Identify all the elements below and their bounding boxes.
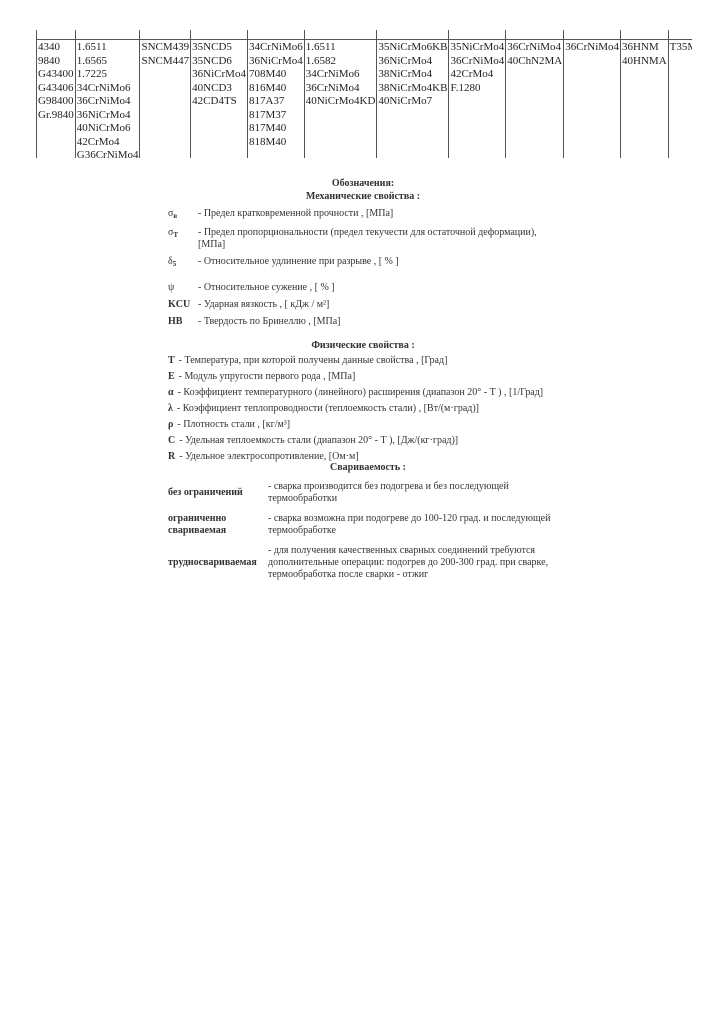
physical-item: λ- Коэффициент теплопроводности (теплоем…: [168, 403, 558, 415]
weldability-row: трудносвариваемая- для получения качеств…: [168, 545, 568, 581]
physical-item: α- Коэффициент температурного (линейного…: [168, 387, 558, 399]
symbol: HB: [168, 316, 198, 328]
grade-value: 36NiCrMo4: [77, 109, 139, 123]
weldability-label: без ограничений: [168, 487, 268, 499]
physical-item: T- Температура, при которой получены дан…: [168, 355, 558, 367]
column-header: [37, 30, 76, 40]
weldability-description: - для получения качественных сварных сое…: [268, 545, 568, 581]
column-header: [191, 30, 248, 40]
description: - Относительное сужение , [ % ]: [198, 282, 558, 294]
description: - Модуль упругости первого рода , [МПа]: [179, 371, 558, 383]
grade-value: 36CrNiMo4: [507, 41, 562, 55]
grade-value: 40HNMA: [622, 55, 667, 69]
mechanical-item: KCU- Ударная вязкость , [ кДж / м²]: [168, 299, 558, 311]
grade-value: 708M40: [249, 68, 303, 82]
grade-value: 36NiCrMo4: [192, 68, 246, 82]
mechanical-item: HB- Твердость по Бринеллю , [МПа]: [168, 316, 558, 328]
grade-value: 1.7225: [77, 68, 139, 82]
description: - Коэффициент температурного (линейного)…: [178, 387, 558, 399]
grade-value: 818M40: [249, 136, 303, 150]
grade-value: F.1280: [450, 82, 504, 96]
grade-value: 817M40: [249, 122, 303, 136]
grade-value: 1.6511: [77, 41, 139, 55]
table-cell: 43409840G43400G43406G98400Gr.9840: [37, 40, 76, 159]
physical-item: C- Удельная теплоемкость стали (диапазон…: [168, 435, 558, 447]
symbol: KCU: [168, 299, 198, 311]
grade-value: 34CrNiMo6: [77, 82, 139, 96]
grade-value: 34CrNiMo6: [306, 68, 376, 82]
column-header: [449, 30, 506, 40]
table-row: 43409840G43400G43406G98400Gr.98401.65111…: [37, 40, 693, 159]
grade-value: 1.6565: [77, 55, 139, 69]
grade-value: 38NiCrMo4: [378, 68, 447, 82]
mechanical-item: δ5- Относительное удлинение при разрыве …: [168, 256, 558, 270]
grade-value: 9840: [38, 55, 74, 69]
grade-value: 36CrNiMo4: [450, 55, 504, 69]
grade-value: 36CrNiMo4: [565, 41, 619, 55]
grade-value: G36CrNiMo4: [77, 149, 139, 158]
grade-value: 40NCD3: [192, 82, 246, 96]
physical-properties-list: T- Температура, при которой получены дан…: [168, 355, 558, 463]
symbol: ψ: [168, 282, 198, 294]
symbol: α: [168, 387, 174, 399]
grade-value: SNCM439: [141, 41, 189, 55]
symbol: σT: [168, 227, 198, 241]
mechanical-item: σв- Предел кратковременной прочности , […: [168, 208, 558, 222]
table-cell: 34CrNiMo636NiCrMo4708M40816M40817A37817M…: [247, 40, 304, 159]
legend-section: Обозначения: Механические свойства : σв-…: [168, 178, 558, 467]
symbol: δ5: [168, 256, 198, 270]
column-header: [668, 30, 692, 40]
description: - Твердость по Бринеллю , [МПа]: [198, 316, 558, 328]
grade-value: 40NiCrMo4KD: [306, 95, 376, 109]
grade-value: 35NiCrMo4: [450, 41, 504, 55]
weldability-description: - сварка производится без подогрева и бе…: [268, 481, 568, 505]
description: - Плотность стали , [кг/м³]: [177, 419, 558, 431]
table-cell: SNCM439SNCM447: [140, 40, 191, 159]
grade-value: 36HNM: [622, 41, 667, 55]
weldability-label: трудносвариваемая: [168, 557, 268, 569]
symbol: ρ: [168, 419, 173, 431]
table-cell: T35MoCrNi08: [668, 40, 692, 159]
grade-value: 36CrNiMo4: [306, 82, 376, 96]
description: - Предел кратковременной прочности , [МП…: [198, 208, 558, 220]
description: - Температура, при которой получены данн…: [179, 355, 558, 367]
grade-value: 1.6511: [306, 41, 376, 55]
column-header: [506, 30, 564, 40]
table-cell: 35NCD535NCD636NiCrMo440NCD342CD4TS: [191, 40, 248, 159]
column-header: [304, 30, 377, 40]
weldability-list: без ограничений- сварка производится без…: [168, 481, 568, 581]
column-header: [377, 30, 449, 40]
steel-analogs-table: 43409840G43400G43406G98400Gr.98401.65111…: [36, 30, 692, 158]
description: - Удельная теплоемкость стали (диапазон …: [179, 435, 558, 447]
table-cell: 35NiCrMo6KB36NiCrMo438NiCrMo438NiCrMo4KB…: [377, 40, 449, 159]
column-header: [75, 30, 140, 40]
grade-value: 816M40: [249, 82, 303, 96]
weldability-title: Свариваемость :: [168, 462, 568, 473]
weldability-description: - сварка возможна при подогреве до 100-1…: [268, 513, 568, 537]
physical-item: ρ- Плотность стали , [кг/м³]: [168, 419, 558, 431]
grade-value: Gr.9840: [38, 109, 74, 123]
grade-value: G43400: [38, 68, 74, 82]
grade-value: T35MoCrNi08: [670, 41, 692, 55]
description: - Относительное удлинение при разрыве , …: [198, 256, 558, 268]
physical-item: E- Модуль упругости первого рода , [МПа]: [168, 371, 558, 383]
description: - Коэффициент теплопроводности (теплоемк…: [177, 403, 558, 415]
grade-value: 35NCD5: [192, 41, 246, 55]
mechanical-title: Механические свойства :: [168, 191, 558, 202]
grade-value: 34CrNiMo6: [249, 41, 303, 55]
grade-value: 36CrNiMo4: [77, 95, 139, 109]
grade-value: 817A37: [249, 95, 303, 109]
table-cell: 36HNM40HNMA: [621, 40, 669, 159]
grade-value: G43406: [38, 82, 74, 96]
grade-value: 35NiCrMo6KB: [378, 41, 447, 55]
grade-value: 40NiCrMo7: [378, 95, 447, 109]
grade-value: 36NiCrMo4: [378, 55, 447, 69]
grade-value: 42CrMo4: [450, 68, 504, 82]
mechanical-item: ψ- Относительное сужение , [ % ]: [168, 282, 558, 294]
grade-value: 42CD4TS: [192, 95, 246, 109]
weldability-row: ограниченно свариваемая- сварка возможна…: [168, 513, 568, 537]
analogs-table: 43409840G43400G43406G98400Gr.98401.65111…: [36, 30, 692, 158]
grade-value: 4340: [38, 41, 74, 55]
grade-value: 40NiCrMo6: [77, 122, 139, 136]
description: - Ударная вязкость , [ кДж / м²]: [198, 299, 558, 311]
table-cell: 1.65111.658234CrNiMo636CrNiMo440NiCrMo4K…: [304, 40, 377, 159]
grade-value: 36NiCrMo4: [249, 55, 303, 69]
grade-value: 35NCD6: [192, 55, 246, 69]
grade-value: 1.6582: [306, 55, 376, 69]
weldability-section: Свариваемость : без ограничений- сварка …: [168, 462, 568, 589]
column-header: [247, 30, 304, 40]
symbol: C: [168, 435, 175, 447]
column-header: [140, 30, 191, 40]
symbol: σв: [168, 208, 198, 222]
physical-title: Физические свойства :: [168, 340, 558, 351]
symbol: λ: [168, 403, 173, 415]
column-header: [564, 30, 621, 40]
symbol: T: [168, 355, 175, 367]
column-header: [621, 30, 669, 40]
description: - Предел пропорциональности (предел теку…: [198, 227, 558, 251]
weldability-label: ограниченно свариваемая: [168, 513, 268, 537]
symbol: E: [168, 371, 175, 383]
table-cell: 1.65111.65651.722534CrNiMo636CrNiMo436Ni…: [75, 40, 140, 159]
table-cell: 36CrNiMo4: [564, 40, 621, 159]
mechanical-item: σT- Предел пропорциональности (предел те…: [168, 227, 558, 251]
grade-value: G98400: [38, 95, 74, 109]
table-cell: 36CrNiMo440ChN2MA: [506, 40, 564, 159]
legend-title: Обозначения:: [168, 178, 558, 189]
grade-value: 817M37: [249, 109, 303, 123]
table-cell: 35NiCrMo436CrNiMo442CrMo4F.1280: [449, 40, 506, 159]
grade-value: 38NiCrMo4KB: [378, 82, 447, 96]
table-header-row: [37, 30, 693, 40]
grade-value: 40ChN2MA: [507, 55, 562, 69]
grade-value: SNCM447: [141, 55, 189, 69]
weldability-row: без ограничений- сварка производится без…: [168, 481, 568, 505]
mechanical-properties-list: σв- Предел кратковременной прочности , […: [168, 208, 558, 328]
grade-value: 42CrMo4: [77, 136, 139, 150]
